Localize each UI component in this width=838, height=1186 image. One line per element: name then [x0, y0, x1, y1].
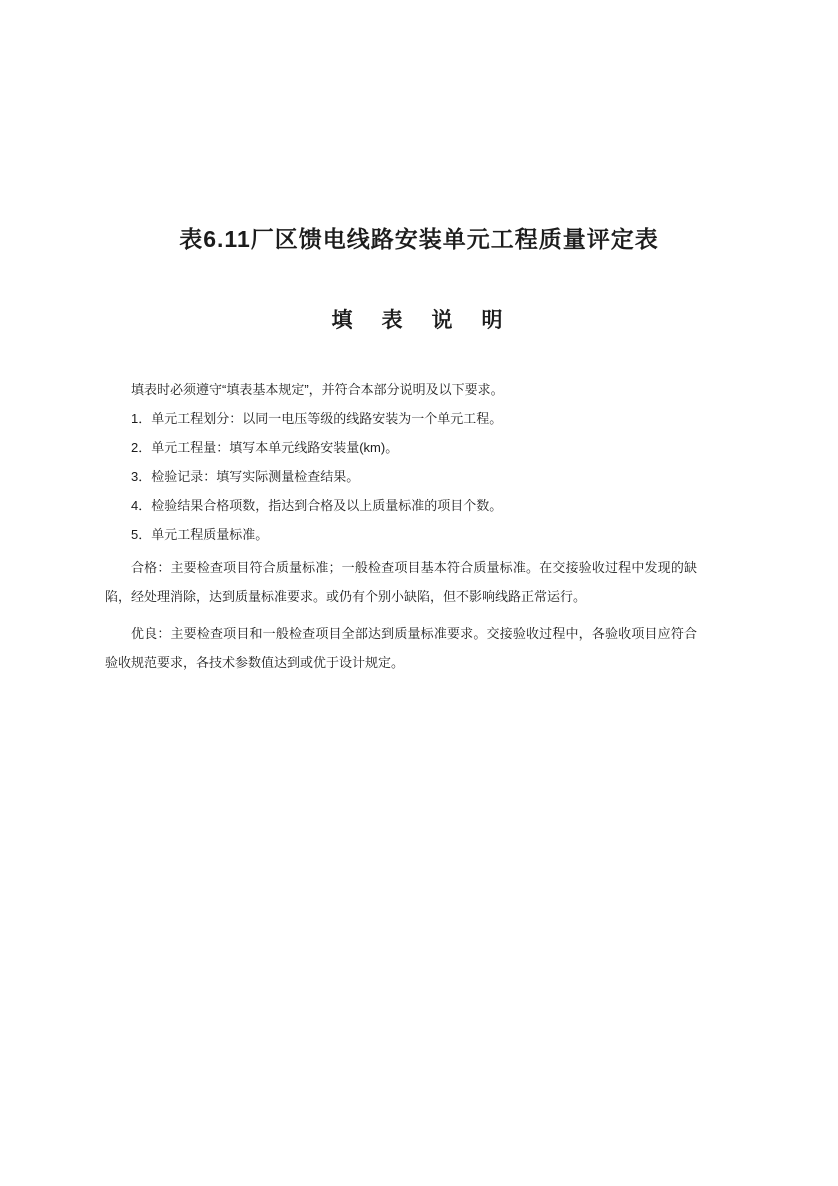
- paragraph-item-5: 5．单元工程质量标准。: [105, 520, 697, 549]
- paragraph-item-4: 4．检验结果合格项数，指达到合格及以上质量标准的项目个数。: [105, 491, 697, 520]
- paragraph-intro: 填表时必须遵守“填表基本规定”，并符合本部分说明及以下要求。: [105, 375, 697, 404]
- paragraph-item-1: 1．单元工程划分：以同一电压等级的线路安装为一个单元工程。: [105, 404, 697, 433]
- paragraph-item-2: 2．单元工程量：填写本单元线路安装量(km)。: [105, 433, 697, 462]
- paragraph-item-3: 3．检验记录：填写实际测量检查结果。: [105, 462, 697, 491]
- paragraph-grade-excellent: 优良：主要检查项目和一般检查项目全部达到质量标准要求。交接验收过程中，各验收项目…: [105, 619, 697, 677]
- section-title: 填 表 说 明: [0, 304, 838, 334]
- doc-title: 表6.11厂区馈电线路安装单元工程质量评定表: [0, 221, 838, 254]
- body-text: 填表时必须遵守“填表基本规定”，并符合本部分说明及以下要求。 1．单元工程划分：…: [105, 375, 697, 677]
- paragraph-grade-pass: 合格：主要检查项目符合质量标准；一般检查项目基本符合质量标准。在交接验收过程中发…: [105, 553, 697, 611]
- document-page: 表6.11厂区馈电线路安装单元工程质量评定表 填 表 说 明 填表时必须遵守“填…: [0, 0, 838, 1186]
